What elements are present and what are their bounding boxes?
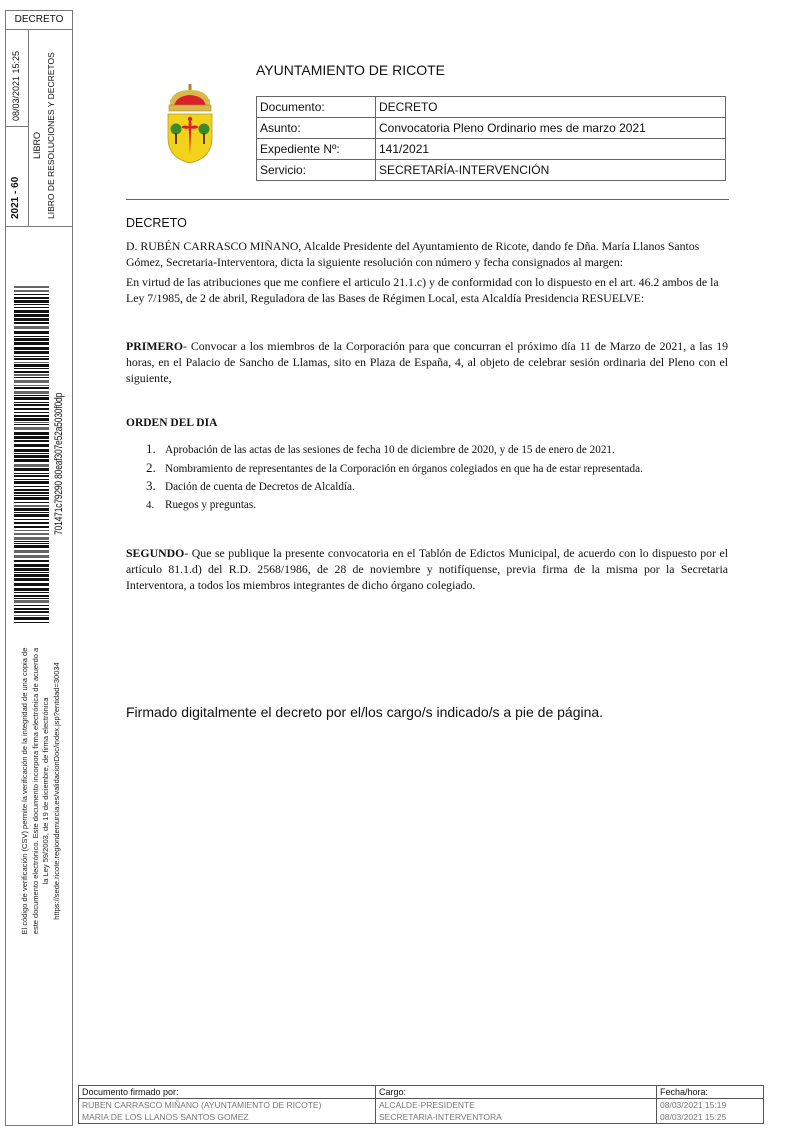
meta-row-expediente: Expediente Nº: 141/2021 xyxy=(257,139,726,160)
meta-row-documento: Documento: DECRETO xyxy=(257,97,726,118)
agenda-item: 4.Ruegos y preguntas. xyxy=(146,496,643,515)
strip-book-name: LIBRO DE RESOLUCIONES Y DECRETOS xyxy=(46,52,56,219)
strip-doc-type: DECRETO xyxy=(6,11,72,30)
decree-legal-basis: En virtud de las atribuciones que me con… xyxy=(126,274,728,306)
decree-segundo: SEGUNDO- Que se publique la presente con… xyxy=(126,545,728,593)
csv-code: 701471c79290 80eaf307e52a5030f0dp xyxy=(53,393,65,535)
digital-signature-note: Firmado digitalmente el decreto por el/l… xyxy=(126,704,603,720)
csv-barcode xyxy=(14,286,49,624)
meta-row-servicio: Servicio: SECRETARÍA-INTERVENCIÓN xyxy=(257,160,726,181)
document-metadata-table: Documento: DECRETO Asunto: Convocatoria … xyxy=(256,96,726,181)
meta-row-asunto: Asunto: Convocatoria Pleno Ordinario mes… xyxy=(257,118,726,139)
decree-intro: D. RUBÉN CARRASCO MIÑANO, Alcalde Presid… xyxy=(126,238,728,270)
verification-strip: DECRETO 08/03/2021 15:25 2021 - 60 LIBRO… xyxy=(5,10,73,1126)
decree-primero: PRIMERO- Convocar a los miembros de la C… xyxy=(126,338,728,386)
signature-row: MARIA DE LOS LLANOS SANTOS GOMEZ SECRETA… xyxy=(79,1111,764,1124)
coat-of-arms-icon xyxy=(166,84,214,164)
signatures-header: Documento firmado por: Cargo: Fecha/hora… xyxy=(79,1086,764,1099)
strip-datetime: 08/03/2021 15:25 xyxy=(11,51,21,121)
signature-row: RUBEN CARRASCO MIÑANO (AYUNTAMIENTO DE R… xyxy=(79,1099,764,1112)
header-divider xyxy=(126,199,729,200)
agenda-item: 2.Nombramiento de representantes de la C… xyxy=(146,459,643,478)
agenda-title: ORDEN DEL DIA xyxy=(126,417,217,429)
agenda-list: 1.Aprobación de las actas de las sesione… xyxy=(146,440,643,514)
strip-decree-number: 2021 - 60 xyxy=(10,177,21,219)
signatures-table: Documento firmado por: Cargo: Fecha/hora… xyxy=(78,1085,764,1124)
agenda-item: 1.Aprobación de las actas de las sesione… xyxy=(146,440,643,459)
organization-name: AYUNTAMIENTO DE RICOTE xyxy=(256,62,445,78)
verification-url[interactable]: https://sede.ricote.regiondemurcia.es/va… xyxy=(52,626,63,956)
agenda-item: 3.Dación de cuenta de Decretos de Alcald… xyxy=(146,477,643,496)
strip-metadata: 08/03/2021 15:25 2021 - 60 LIBRO LIBRO D… xyxy=(6,29,72,227)
decree-title: DECRETO xyxy=(126,216,187,230)
strip-book-label: LIBRO xyxy=(32,132,42,159)
csv-legal-notice: El código de verificación (CSV) permite … xyxy=(20,626,62,956)
